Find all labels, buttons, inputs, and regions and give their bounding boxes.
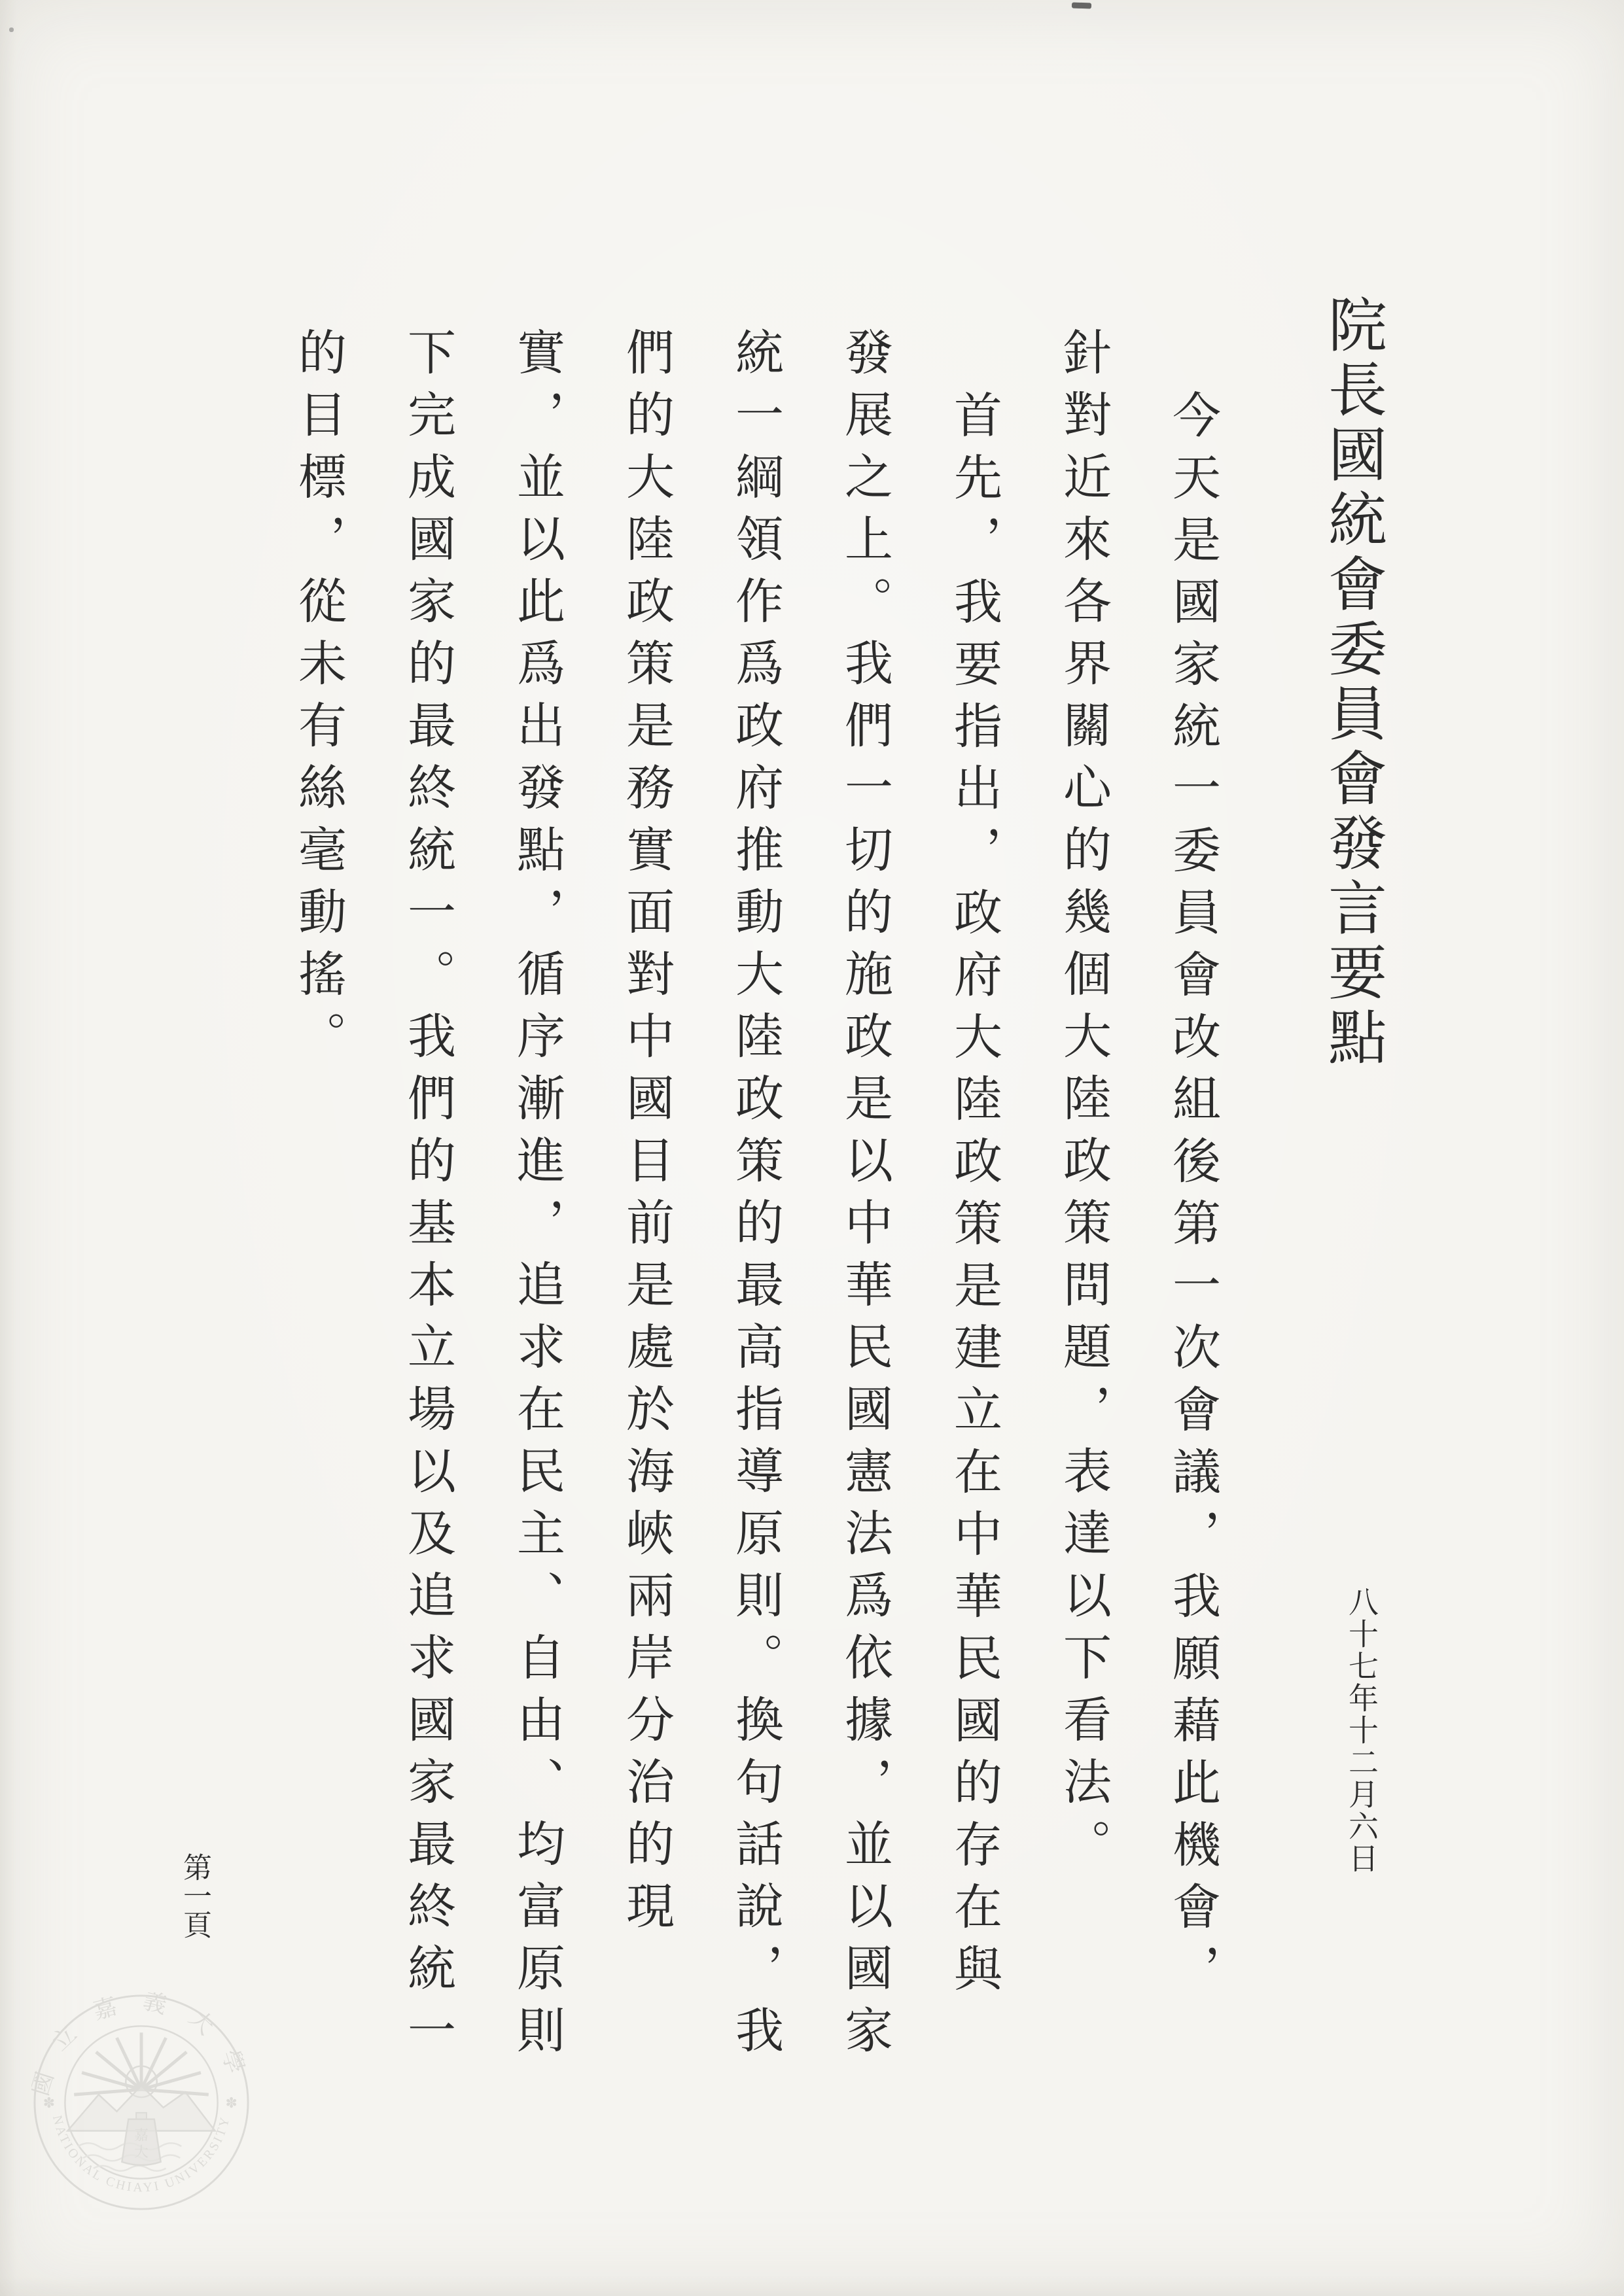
seal-bell-icon: 嘉 大 (122, 2113, 160, 2165)
seal-bell-char-bottom: 大 (134, 2144, 149, 2160)
body-column: 統一綱領作爲政府推動大陸政策的最高指導原則。換句話說，我 (724, 327, 786, 2067)
body-column: 針對近來各界關心的幾個大陸政策問題，表達以下看法。 (1051, 327, 1114, 1881)
scan-speck (9, 27, 14, 32)
scanned-document-page: 院長國統會委員會發言要點 八十七年十二月六日 今天是國家統一委員會改組後第一次會… (0, 0, 1624, 2296)
scan-speck (1072, 2, 1091, 9)
document-title: 院長國統會委員會發言要點 (1318, 294, 1384, 1071)
body-column: 實，並以此爲出發點，循序漸進，追求在民主、自由、均富原則 (505, 327, 568, 2067)
body-column: 的目標，從未有絲毫動搖。 (287, 327, 349, 1073)
body-column: 們的大陸政策是務實面對中國目前是處於海峽兩岸分治的現 (614, 327, 677, 1943)
plum-blossom-icon: ✽ (43, 2095, 55, 2112)
seal-bell-char-top: 嘉 (134, 2127, 149, 2143)
university-seal-watermark: 國立嘉義大學 NATIONAL CHIAYI UNIVERSITY ✽ ✽ (31, 1992, 251, 2212)
plum-blossom-icon: ✽ (225, 2095, 237, 2112)
body-column: 今天是國家統一委員會改組後第一次會議，我願藉此機會， (1161, 390, 1224, 2006)
body-column: 首先，我要指出，政府大陸政策是建立在中華民國的存在與 (942, 390, 1005, 2006)
body-column: 下完成國家的最終統一。我們的基本立場以及追求國家最終統一 (396, 327, 459, 2067)
document-date: 八十七年十二月六日 (1338, 1586, 1384, 1875)
body-column: 發展之上。我們一切的施政是以中華民國憲法爲依據，並以國家 (833, 327, 896, 2067)
page-number-label: 第一頁 (175, 1852, 214, 1939)
